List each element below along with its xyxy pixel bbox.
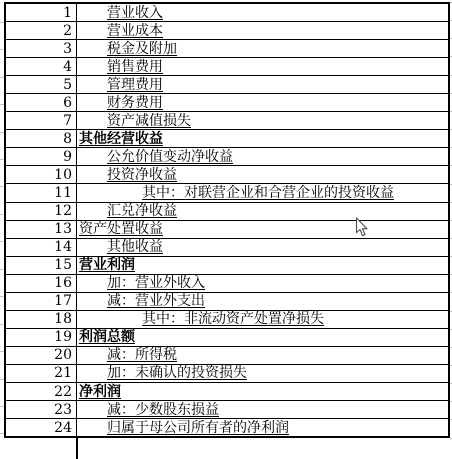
row-number: 21	[54, 365, 72, 381]
table-row: 21 加：未确认的投资损失	[6, 365, 448, 383]
row-number: 9	[63, 149, 72, 165]
row-number-cell[interactable]: 15	[6, 257, 77, 274]
table-row: 8 其他经营收益	[6, 130, 448, 148]
row-label: 归属于母公司所有者的净利润	[107, 420, 289, 436]
row-number: 5	[63, 77, 72, 93]
row-number: 18	[54, 311, 72, 327]
gridline-stub	[0, 214, 4, 215]
row-label-cell[interactable]: 加：营业外收入	[77, 275, 448, 292]
row-label: 利润总额	[79, 329, 135, 345]
row-label-cell[interactable]: 汇兑净收益	[77, 203, 448, 220]
row-label: 减：所得税	[107, 347, 177, 363]
row-number-cell[interactable]: 13	[6, 221, 77, 238]
row-label-cell[interactable]: 销售费用	[77, 58, 448, 75]
table-row: 24 归属于母公司所有者的净利润	[6, 419, 448, 436]
row-number: 6	[63, 95, 72, 111]
column-divider-extension	[76, 438, 78, 459]
table-row: 1 营业收入	[6, 4, 448, 22]
table-row: 13 资产处置收益	[6, 221, 448, 239]
row-number: 19	[54, 329, 72, 345]
row-number-cell[interactable]: 3	[6, 40, 77, 57]
row-number: 22	[54, 384, 72, 400]
gridline-stub	[0, 159, 4, 160]
row-number-cell[interactable]: 7	[6, 112, 77, 129]
gridline-stub	[0, 296, 4, 297]
row-label: 减：少数股东损益	[107, 402, 219, 418]
table-row: 5 管理费用	[6, 76, 448, 94]
row-number-cell[interactable]: 22	[6, 383, 77, 400]
gridline-stub	[0, 269, 4, 270]
row-number-cell[interactable]: 8	[6, 130, 77, 147]
row-label-cell[interactable]: 营业利润	[77, 257, 448, 274]
row-label: 资产处置收益	[79, 221, 163, 237]
row-number: 10	[54, 167, 72, 183]
row-number-cell[interactable]: 10	[6, 166, 77, 183]
row-label: 加：未确认的投资损失	[107, 365, 247, 381]
row-number-cell[interactable]: 24	[6, 419, 77, 436]
gridline-stub	[0, 433, 4, 434]
row-label-cell[interactable]: 资产处置收益	[77, 221, 448, 238]
row-number: 14	[54, 239, 72, 255]
row-label: 税金及附加	[107, 41, 177, 57]
gridline-stub	[0, 406, 4, 407]
table-row: 6 财务费用	[6, 94, 448, 112]
table-row: 4 销售费用	[6, 58, 448, 76]
statement-table: 1 营业收入 2 营业成本 3 税金及附加 4 销售费用 5	[4, 2, 450, 438]
gridline-stub	[0, 324, 4, 325]
row-number-cell[interactable]: 2	[6, 22, 77, 39]
row-label-cell[interactable]: 净利润	[77, 383, 448, 400]
row-label: 其中：非流动资产处置净损失	[142, 311, 324, 327]
row-label-cell[interactable]: 利润总额	[77, 329, 448, 346]
row-label-cell[interactable]: 公允价值变动净收益	[77, 148, 448, 165]
gridline-stub	[0, 351, 4, 352]
row-label-cell[interactable]: 税金及附加	[77, 40, 448, 57]
row-number: 11	[54, 185, 72, 201]
table-row: 12 汇兑净收益	[6, 203, 448, 221]
row-label-cell[interactable]: 投资净收益	[77, 166, 448, 183]
row-number: 8	[63, 131, 72, 147]
row-label: 财务费用	[107, 95, 163, 111]
row-number-cell[interactable]: 21	[6, 365, 77, 382]
row-label-cell[interactable]: 财务费用	[77, 94, 448, 111]
row-number: 7	[63, 113, 72, 129]
table-row: 18 其中：非流动资产处置净损失	[6, 311, 448, 329]
row-label-cell[interactable]: 归属于母公司所有者的净利润	[77, 419, 448, 436]
table-row: 22 净利润	[6, 383, 448, 401]
table-row: 20 减：所得税	[6, 347, 448, 365]
table-row: 15 营业利润	[6, 257, 448, 275]
row-number: 24	[54, 420, 72, 436]
row-label-cell[interactable]: 减：少数股东损益	[77, 401, 448, 418]
row-number-cell[interactable]: 5	[6, 76, 77, 93]
table-row: 9 公允价值变动净收益	[6, 148, 448, 166]
row-number-cell[interactable]: 19	[6, 329, 77, 346]
gridline-stub	[0, 241, 4, 242]
row-number: 16	[54, 275, 72, 291]
row-number-cell[interactable]: 1	[6, 4, 77, 21]
row-label: 公允价值变动净收益	[107, 149, 233, 165]
row-label: 其他经营收益	[79, 131, 163, 147]
row-label: 资产减值损失	[107, 113, 191, 129]
table-row: 16 加：营业外收入	[6, 275, 448, 293]
row-number: 2	[63, 23, 72, 39]
row-number-cell[interactable]: 14	[6, 239, 77, 256]
row-number-cell[interactable]: 9	[6, 148, 77, 165]
row-label-cell[interactable]: 减：所得税	[77, 347, 448, 364]
row-label-cell[interactable]: 管理费用	[77, 76, 448, 93]
gridline-stub	[0, 186, 4, 187]
row-number: 23	[54, 402, 72, 418]
row-label-cell[interactable]: 其中：非流动资产处置净损失	[77, 311, 448, 328]
row-label-cell[interactable]: 营业成本	[77, 22, 448, 39]
row-number: 4	[63, 59, 72, 75]
row-number: 20	[54, 347, 72, 363]
row-number: 13	[54, 221, 72, 237]
row-label: 投资净收益	[107, 167, 177, 183]
row-label-cell[interactable]: 加：未确认的投资损失	[77, 365, 448, 382]
gridline-stub	[0, 379, 4, 380]
table-row: 23 减：少数股东损益	[6, 401, 448, 419]
table-row: 2 营业成本	[6, 22, 448, 40]
row-label-cell[interactable]: 其他经营收益	[77, 130, 448, 147]
row-number: 15	[54, 257, 72, 273]
gridline-stub	[0, 132, 4, 133]
row-label: 汇兑净收益	[107, 203, 177, 219]
row-number-cell[interactable]: 16	[6, 275, 77, 292]
row-label-cell[interactable]: 其中：对联营企业和合营企业的投资收益	[77, 184, 448, 201]
row-label-cell[interactable]: 营业收入	[77, 4, 448, 21]
row-label: 净利润	[79, 384, 121, 400]
row-number-cell[interactable]: 18	[6, 311, 77, 328]
gridline-stub	[0, 49, 4, 50]
table-row: 14 其他收益	[6, 239, 448, 257]
row-label: 营业收入	[107, 5, 163, 21]
table-row: 3 税金及附加	[6, 40, 448, 58]
table-row: 7 资产减值损失	[6, 112, 448, 130]
row-label: 管理费用	[107, 77, 163, 93]
row-label: 营业利润	[79, 257, 135, 273]
row-number-cell[interactable]: 6	[6, 94, 77, 111]
spreadsheet-view: 1 营业收入 2 营业成本 3 税金及附加 4 销售费用 5	[0, 0, 452, 459]
row-number-cell[interactable]: 11	[6, 184, 77, 201]
row-label-cell[interactable]: 资产减值损失	[77, 112, 448, 129]
row-number: 17	[54, 293, 72, 309]
row-number-cell[interactable]: 4	[6, 58, 77, 75]
gridline-stub	[0, 104, 4, 105]
row-label: 加：营业外收入	[107, 275, 205, 291]
row-number: 1	[63, 5, 72, 21]
row-label: 营业成本	[107, 23, 163, 39]
table-row: 10 投资净收益	[6, 166, 448, 184]
table-row: 19 利润总额	[6, 329, 448, 347]
row-label: 销售费用	[107, 59, 163, 75]
table-row: 11 其中：对联营企业和合营企业的投资收益	[6, 184, 448, 202]
row-label: 减：营业外支出	[107, 293, 205, 309]
row-label-cell[interactable]: 其他收益	[77, 239, 448, 256]
row-label-cell[interactable]: 减：营业外支出	[77, 293, 448, 310]
gridline-stub	[0, 77, 4, 78]
gridline-stub	[0, 22, 4, 23]
row-number-cell[interactable]: 17	[6, 293, 77, 310]
row-number: 12	[54, 203, 72, 219]
row-number-cell[interactable]: 20	[6, 347, 77, 364]
table-row: 17 减：营业外支出	[6, 293, 448, 311]
row-number: 3	[63, 41, 72, 57]
row-number-cell[interactable]: 23	[6, 401, 77, 418]
row-number-cell[interactable]: 12	[6, 203, 77, 220]
row-label: 其他收益	[107, 239, 163, 255]
row-label: 其中：对联营企业和合营企业的投资收益	[142, 185, 394, 201]
